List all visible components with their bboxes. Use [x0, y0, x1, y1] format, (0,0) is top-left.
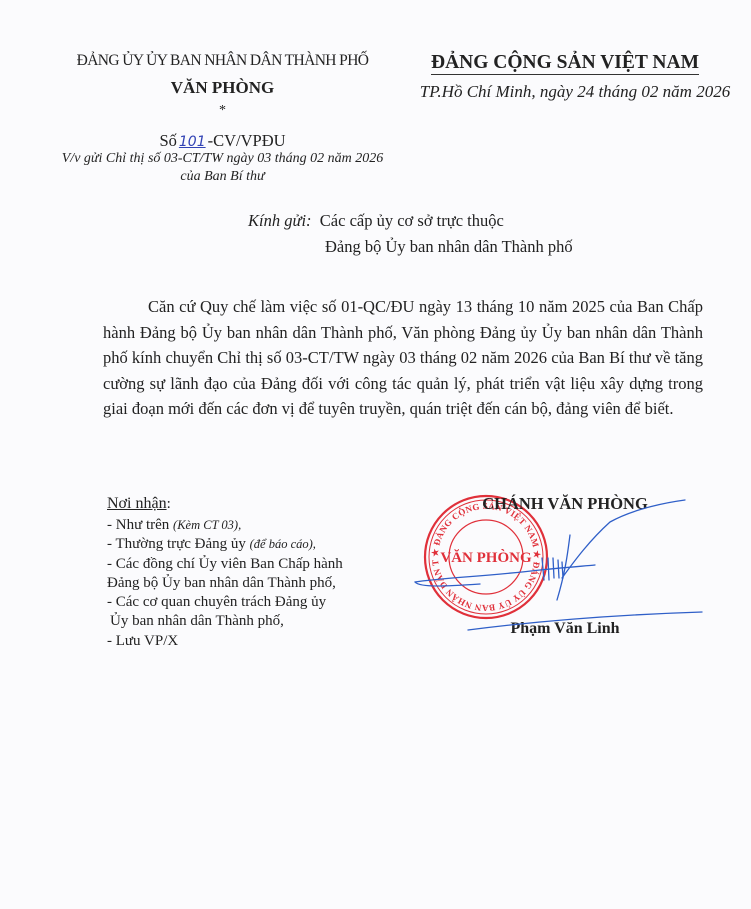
issuing-parent-org: ĐẢNG ỦY ỦY BAN NHÂN DÂN THÀNH PHỐ	[55, 52, 390, 70]
place-date: TP.Hồ Chí Minh, ngày 24 tháng 02 năm 202…	[395, 82, 751, 102]
handwritten-signature	[410, 490, 710, 640]
recipients-title: Nơi nhận	[107, 495, 167, 512]
recipients-list: Nơi nhận: - Như trên (Kèm CT 03), - Thườ…	[107, 492, 407, 651]
list-item: - Thường trực Đảng ủy (để báo cáo),	[107, 535, 407, 554]
document-number: Số101-CV/VPĐU	[55, 131, 390, 151]
list-item: Đảng bộ Ủy ban nhân dân Thành phố,	[107, 574, 407, 593]
addressee-label: Kính gửi:	[248, 211, 312, 230]
list-item: - Lưu VP/X	[107, 632, 407, 651]
doc-number-prefix: Số	[159, 131, 176, 150]
recipients-title-colon: :	[167, 496, 171, 512]
addressee-block: Kính gửi: Các cấp ủy cơ sở trực thuộc Đả…	[248, 208, 573, 260]
list-item: Ủy ban nhân dân Thành phố,	[107, 612, 407, 631]
issuing-org-name: VĂN PHÒNG	[55, 78, 390, 98]
header-star: *	[55, 103, 390, 119]
list-item: - Các đồng chí Ủy viên Ban Chấp hành	[107, 555, 407, 574]
party-name: ĐẢNG CỘNG SẢN VIỆT NAM	[395, 52, 735, 74]
list-item: - Như trên (Kèm CT 03),	[107, 516, 407, 535]
list-item: - Các cơ quan chuyên trách Đảng ủy	[107, 593, 407, 612]
doc-number-handwritten: 101	[177, 134, 208, 150]
document-subject: V/v gửi Chỉ thị số 03-CT/TW ngày 03 thán…	[55, 150, 390, 186]
body-paragraph: Căn cứ Quy chế làm việc số 01-QC/ĐU ngày…	[103, 294, 703, 422]
addressee-line-1: Các cấp ủy cơ sở trực thuộc	[320, 211, 504, 230]
addressee-line-2: Đảng bộ Ủy ban nhân dân Thành phố	[248, 234, 573, 260]
doc-number-suffix: -CV/VPĐU	[208, 131, 286, 150]
